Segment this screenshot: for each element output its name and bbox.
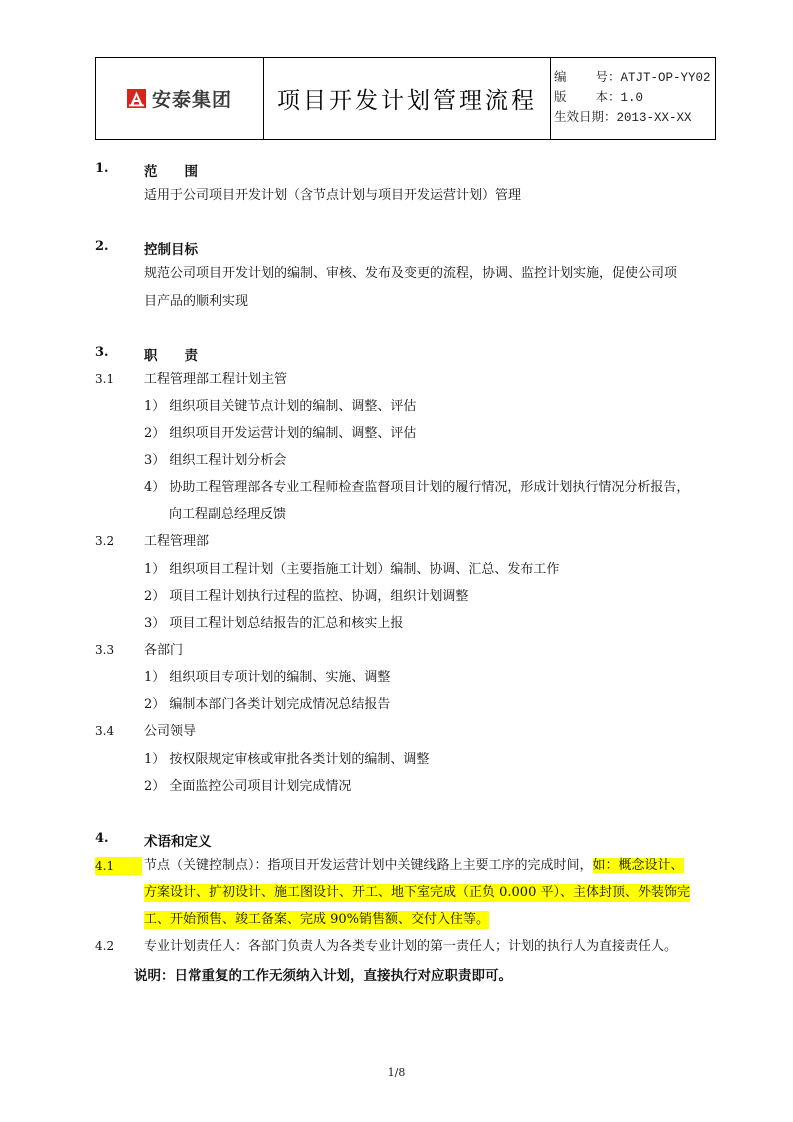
list-item: 1） 按权限规定审核或审批各类计划的编制、调整 bbox=[144, 751, 429, 769]
subsection-number: 3.2 bbox=[95, 534, 114, 548]
list-item: 3） 组织工程计划分析会 bbox=[144, 452, 286, 470]
list-item: 3） 项目工程计划总结报告的汇总和核实上报 bbox=[144, 615, 403, 633]
list-item: 1） 组织项目关键节点计划的编制、调整、评估 bbox=[144, 398, 416, 416]
company-name: 安泰集团 bbox=[152, 85, 232, 112]
note-text: 说明：日常重复的工作无须纳入计划，直接执行对应职责即可。 bbox=[134, 964, 512, 984]
section-body: 目产品的顺利实现 bbox=[144, 293, 248, 311]
document-meta: 编号：ATJT-OP-YY02 版本：1.0 生效日期：2013-XX-XX bbox=[551, 58, 715, 139]
definition-number-highlighted: 4.1 bbox=[95, 857, 142, 875]
section-number: 4. bbox=[95, 831, 109, 846]
section-title-objective: 控制目标 bbox=[144, 238, 198, 258]
definition-number: 4.2 bbox=[95, 939, 114, 953]
document-header-table: 安泰集团 项目开发计划管理流程 编号：ATJT-OP-YY02 版本：1.0 生… bbox=[95, 57, 716, 140]
section-title-scope: 范 围 bbox=[144, 160, 198, 180]
definition-text: 节点（关键控制点）：指项目开发运营计划中关键线路上主要工序的完成时间，如：概念设… bbox=[144, 857, 684, 875]
company-logo: 安泰集团 bbox=[96, 58, 264, 139]
list-item: 4） 协助工程管理部各专业工程师检查监督项目计划的履行情况，形成计划执行情况分析… bbox=[144, 479, 689, 497]
subsection-number: 3.1 bbox=[95, 372, 114, 386]
list-item-continuation: 向工程副总经理反馈 bbox=[169, 506, 286, 524]
meta-version: 版本：1.0 bbox=[554, 88, 715, 108]
subsection-number: 3.4 bbox=[95, 724, 114, 738]
list-item: 2） 组织项目开发运营计划的编制、调整、评估 bbox=[144, 425, 416, 443]
subsection-number: 3.3 bbox=[95, 643, 114, 657]
section-body: 规范公司项目开发计划的编制、审核、发布及变更的流程，协调、监控计划实施，促使公司… bbox=[144, 265, 677, 283]
page-number: 1/8 bbox=[0, 1066, 793, 1079]
section-body: 适用于公司项目开发计划（含节点计划与项目开发运营计划）管理 bbox=[144, 187, 521, 205]
highlighted-text: 方案设计、扩初设计、施工图设计、开工、地下室完成（正负 0.000 平）、主体封… bbox=[144, 884, 690, 902]
list-item: 2） 全面监控公司项目计划完成情况 bbox=[144, 778, 351, 796]
subsection-title: 公司领导 bbox=[144, 723, 196, 741]
section-title-definitions: 术语和定义 bbox=[144, 830, 212, 850]
section-title-responsibilities: 职 责 bbox=[144, 344, 198, 364]
section-number: 2. bbox=[95, 239, 109, 254]
subsection-title: 工程管理部 bbox=[144, 533, 209, 551]
list-item: 1） 组织项目工程计划（主要指施工计划）编制、协调、汇总、发布工作 bbox=[144, 561, 559, 579]
highlighted-text: 如：概念设计、 bbox=[593, 858, 684, 873]
document-title: 项目开发计划管理流程 bbox=[264, 58, 551, 139]
subsection-title: 工程管理部工程计划主管 bbox=[144, 371, 287, 389]
definition-text: 专业计划责任人：各部门负责人为各类专业计划的第一责任人；计划的执行人为直接责任人… bbox=[144, 938, 677, 956]
list-item: 1） 组织项目专项计划的编制、实施、调整 bbox=[144, 669, 390, 687]
section-number: 1. bbox=[95, 161, 109, 176]
meta-effective-date: 生效日期：2013-XX-XX bbox=[554, 108, 715, 128]
highlighted-text: 工、开始预售、竣工备案、完成 90%销售额、交付入住等。 bbox=[144, 911, 489, 929]
section-number: 3. bbox=[95, 345, 109, 360]
meta-doc-number: 编号：ATJT-OP-YY02 bbox=[554, 68, 715, 88]
list-item: 2） 编制本部门各类计划完成情况总结报告 bbox=[144, 696, 390, 714]
list-item: 2） 项目工程计划执行过程的监控、协调，组织计划调整 bbox=[144, 588, 468, 606]
company-logo-icon bbox=[127, 89, 146, 108]
subsection-title: 各部门 bbox=[144, 642, 183, 660]
